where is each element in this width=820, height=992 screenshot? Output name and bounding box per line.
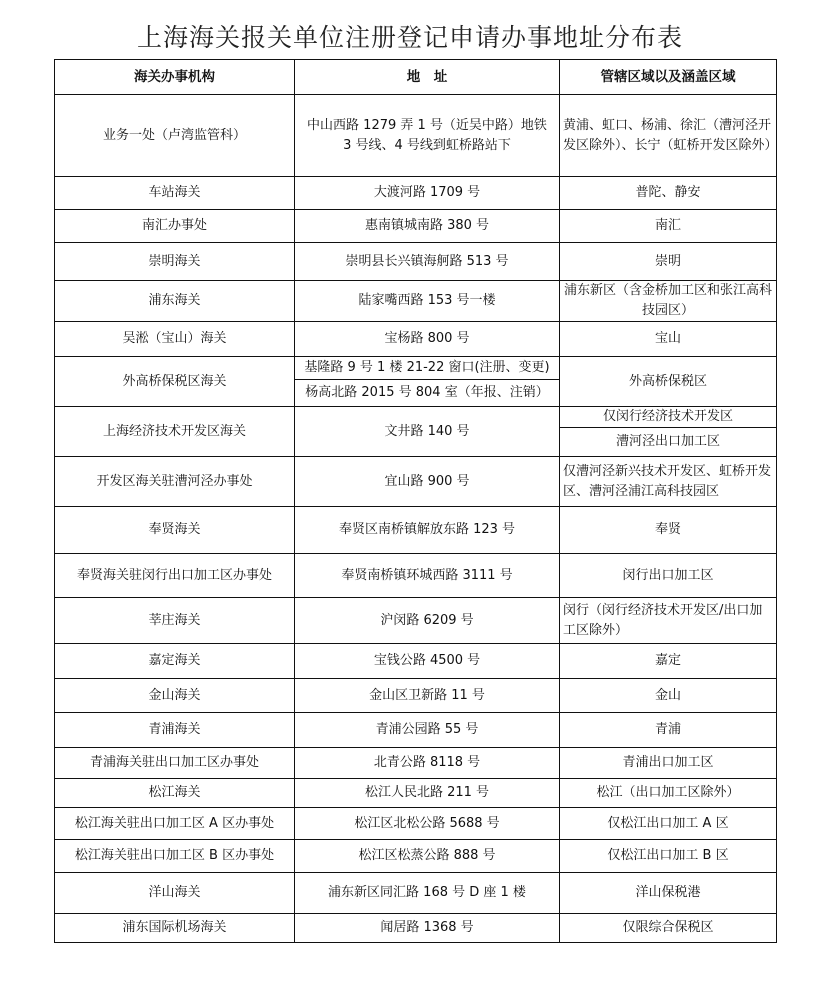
table-row: 开发区海关驻漕河泾办事处 宜山路 900 号 仅漕河泾新兴技术开发区、虹桥开发区… (55, 457, 777, 507)
address-cell: 松江人民北路 211 号 (295, 779, 560, 808)
header-office: 海关办事机构 (55, 60, 295, 95)
table-row: 业务一处（卢湾监管科） 中山西路 1279 弄 1 号（近吴中路）地铁 3 号线… (55, 95, 777, 177)
table-row: 奉贤海关 奉贤区南桥镇解放东路 123 号 奉贤 (55, 507, 777, 554)
table-row: 南汇办事处 惠南镇城南路 380 号 南汇 (55, 210, 777, 243)
region-cell: 漕河泾出口加工区 (560, 428, 777, 457)
table-row: 崇明海关 崇明县长兴镇海舸路 513 号 崇明 (55, 243, 777, 281)
table-row: 松江海关驻出口加工区 B 区办事处 松江区松蒸公路 888 号 仅松江出口加工 … (55, 840, 777, 873)
region-cell: 青浦出口加工区 (560, 748, 777, 779)
region-cell: 奉贤 (560, 507, 777, 554)
region-cell: 仅闵行经济技术开发区 (560, 407, 777, 428)
office-cell: 浦东海关 (55, 281, 295, 322)
header-address: 地 址 (295, 60, 560, 95)
address-cell: 崇明县长兴镇海舸路 513 号 (295, 243, 560, 281)
region-cell: 外高桥保税区 (560, 357, 777, 407)
table-header-row: 海关办事机构 地 址 管辖区域以及涵盖区域 (55, 60, 777, 95)
region-cell: 闵行（闵行经济技术开发区/出口加工区除外） (560, 598, 777, 644)
table-row: 松江海关 松江人民北路 211 号 松江（出口加工区除外） (55, 779, 777, 808)
region-cell: 仅松江出口加工 A 区 (560, 808, 777, 840)
office-cell: 崇明海关 (55, 243, 295, 281)
address-cell: 松江区北松公路 5688 号 (295, 808, 560, 840)
office-cell: 业务一处（卢湾监管科） (55, 95, 295, 177)
office-cell: 浦东国际机场海关 (55, 914, 295, 943)
table-row: 青浦海关 青浦公园路 55 号 青浦 (55, 713, 777, 748)
region-cell: 南汇 (560, 210, 777, 243)
office-cell: 洋山海关 (55, 873, 295, 914)
address-cell: 中山西路 1279 弄 1 号（近吴中路）地铁 3 号线、4 号线到虹桥路站下 (295, 95, 560, 177)
region-cell: 仅限综合保税区 (560, 914, 777, 943)
table-row: 浦东国际机场海关 闻居路 1368 号 仅限综合保税区 (55, 914, 777, 943)
table-row: 外高桥保税区海关 基隆路 9 号 1 楼 21-22 窗口(注册、变更) 外高桥… (55, 357, 777, 380)
office-cell: 外高桥保税区海关 (55, 357, 295, 407)
region-cell: 宝山 (560, 322, 777, 357)
address-cell: 杨高北路 2015 号 804 室（年报、注销） (295, 380, 560, 407)
office-cell: 松江海关 (55, 779, 295, 808)
address-cell: 奉贤区南桥镇解放东路 123 号 (295, 507, 560, 554)
office-cell: 青浦海关驻出口加工区办事处 (55, 748, 295, 779)
office-cell: 奉贤海关驻闵行出口加工区办事处 (55, 554, 295, 598)
region-cell: 洋山保税港 (560, 873, 777, 914)
table-row: 奉贤海关驻闵行出口加工区办事处 奉贤南桥镇环城西路 3111 号 闵行出口加工区 (55, 554, 777, 598)
table-row: 嘉定海关 宝钱公路 4500 号 嘉定 (55, 644, 777, 679)
address-cell: 宜山路 900 号 (295, 457, 560, 507)
address-cell: 浦东新区同汇路 168 号 D 座 1 楼 (295, 873, 560, 914)
region-cell: 浦东新区（含金桥加工区和张江高科技园区） (560, 281, 777, 322)
address-cell: 陆家嘴西路 153 号一楼 (295, 281, 560, 322)
office-cell: 金山海关 (55, 679, 295, 713)
region-cell: 嘉定 (560, 644, 777, 679)
address-cell: 宝杨路 800 号 (295, 322, 560, 357)
table-row: 青浦海关驻出口加工区办事处 北青公路 8118 号 青浦出口加工区 (55, 748, 777, 779)
page-title: 上海海关报关单位注册登记申请办事地址分布表 (0, 18, 820, 54)
office-cell: 莘庄海关 (55, 598, 295, 644)
office-cell: 吴淞（宝山）海关 (55, 322, 295, 357)
table-row: 松江海关驻出口加工区 A 区办事处 松江区北松公路 5688 号 仅松江出口加工… (55, 808, 777, 840)
region-cell: 黄浦、虹口、杨浦、徐汇（漕河泾开发区除外）、长宁（虹桥开发区除外） (560, 95, 777, 177)
region-cell: 仅松江出口加工 B 区 (560, 840, 777, 873)
address-cell: 闻居路 1368 号 (295, 914, 560, 943)
office-cell: 松江海关驻出口加工区 A 区办事处 (55, 808, 295, 840)
region-cell: 青浦 (560, 713, 777, 748)
table-row: 金山海关 金山区卫新路 11 号 金山 (55, 679, 777, 713)
table-row: 吴淞（宝山）海关 宝杨路 800 号 宝山 (55, 322, 777, 357)
header-region: 管辖区域以及涵盖区域 (560, 60, 777, 95)
address-cell: 基隆路 9 号 1 楼 21-22 窗口(注册、变更) (295, 357, 560, 380)
address-cell: 松江区松蒸公路 888 号 (295, 840, 560, 873)
office-cell: 青浦海关 (55, 713, 295, 748)
region-cell: 松江（出口加工区除外） (560, 779, 777, 808)
table-row: 浦东海关 陆家嘴西路 153 号一楼 浦东新区（含金桥加工区和张江高科技园区） (55, 281, 777, 322)
region-cell: 闵行出口加工区 (560, 554, 777, 598)
address-cell: 青浦公园路 55 号 (295, 713, 560, 748)
region-cell: 金山 (560, 679, 777, 713)
address-cell: 大渡河路 1709 号 (295, 177, 560, 210)
customs-office-table: 海关办事机构 地 址 管辖区域以及涵盖区域 业务一处（卢湾监管科） 中山西路 1… (54, 59, 777, 943)
table-row: 洋山海关 浦东新区同汇路 168 号 D 座 1 楼 洋山保税港 (55, 873, 777, 914)
office-cell: 开发区海关驻漕河泾办事处 (55, 457, 295, 507)
table-row: 车站海关 大渡河路 1709 号 普陀、静安 (55, 177, 777, 210)
office-cell: 嘉定海关 (55, 644, 295, 679)
address-cell: 宝钱公路 4500 号 (295, 644, 560, 679)
address-cell: 北青公路 8118 号 (295, 748, 560, 779)
region-cell: 普陀、静安 (560, 177, 777, 210)
address-cell: 奉贤南桥镇环城西路 3111 号 (295, 554, 560, 598)
office-cell: 奉贤海关 (55, 507, 295, 554)
office-cell: 车站海关 (55, 177, 295, 210)
table-row: 上海经济技术开发区海关 文井路 140 号 仅闵行经济技术开发区 (55, 407, 777, 428)
office-cell: 上海经济技术开发区海关 (55, 407, 295, 457)
address-cell: 文井路 140 号 (295, 407, 560, 457)
address-cell: 沪闵路 6209 号 (295, 598, 560, 644)
address-cell: 惠南镇城南路 380 号 (295, 210, 560, 243)
table-row: 莘庄海关 沪闵路 6209 号 闵行（闵行经济技术开发区/出口加工区除外） (55, 598, 777, 644)
region-cell: 崇明 (560, 243, 777, 281)
region-cell: 仅漕河泾新兴技术开发区、虹桥开发区、漕河泾浦江高科技园区 (560, 457, 777, 507)
office-cell: 松江海关驻出口加工区 B 区办事处 (55, 840, 295, 873)
office-cell: 南汇办事处 (55, 210, 295, 243)
address-cell: 金山区卫新路 11 号 (295, 679, 560, 713)
